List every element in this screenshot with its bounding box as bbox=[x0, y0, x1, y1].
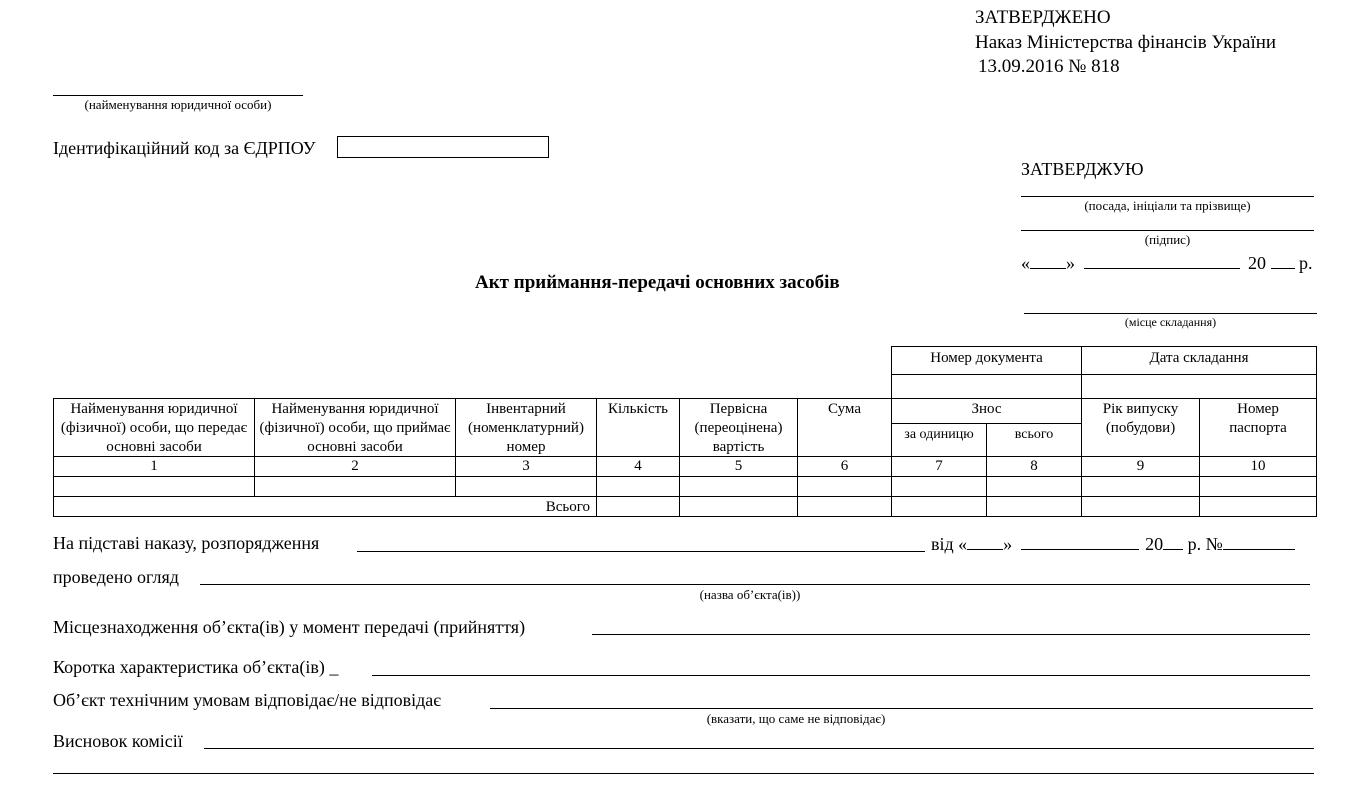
approve-year-field[interactable] bbox=[1271, 252, 1295, 269]
edrpou-label: Ідентифікаційний код за ЄДРПОУ bbox=[53, 138, 316, 159]
basis-from-text: від «» 20 р. № bbox=[931, 533, 1295, 555]
conclusion-field[interactable] bbox=[204, 748, 1314, 749]
basis-close-quote: » bbox=[1003, 534, 1012, 554]
approved-order-text: Наказ Міністерства фінансів України bbox=[975, 32, 1276, 54]
table-cell[interactable] bbox=[455, 476, 597, 497]
total-cell[interactable] bbox=[596, 496, 680, 517]
document-title: Акт приймання-передачі основних засобів bbox=[475, 272, 840, 294]
total-cell[interactable] bbox=[797, 496, 892, 517]
approver-signature-field[interactable] bbox=[1021, 230, 1314, 231]
approver-position-field[interactable] bbox=[1021, 196, 1314, 197]
org-name-caption: (найменування юридичної особи) bbox=[53, 97, 303, 113]
column-number-cell: 7 bbox=[891, 456, 987, 477]
approve-year-prefix: 20 bbox=[1248, 253, 1266, 273]
conclusion-field-line-2[interactable] bbox=[53, 773, 1314, 774]
approve-block-title: ЗАТВЕРДЖУЮ bbox=[1021, 159, 1143, 180]
table-cell[interactable] bbox=[891, 476, 987, 497]
approver-position-caption: (посада, ініціали та прізвище) bbox=[1021, 198, 1314, 214]
table-cell[interactable] bbox=[254, 476, 456, 497]
total-cell[interactable] bbox=[891, 496, 987, 517]
column-number-cell: 6 bbox=[797, 456, 892, 477]
approve-date-line: «» 20 р. bbox=[1021, 252, 1313, 274]
col-header-quantity: Кількість bbox=[596, 398, 680, 457]
table-cell[interactable] bbox=[679, 476, 798, 497]
basis-year-field[interactable] bbox=[1163, 533, 1183, 550]
basis-number-field[interactable] bbox=[1223, 533, 1295, 550]
column-number-cell: 9 bbox=[1081, 456, 1200, 477]
column-number-cell: 2 bbox=[254, 456, 456, 477]
column-number-cell: 10 bbox=[1199, 456, 1317, 477]
inspection-object-field[interactable] bbox=[200, 584, 1310, 585]
inspection-label: проведено огляд bbox=[53, 567, 179, 588]
col-header-transferor: Найменування юридичної (фізичної) особи,… bbox=[53, 398, 255, 457]
table-cell[interactable] bbox=[596, 476, 680, 497]
col-header-initial-value: Первісна (переоцінена) вартість bbox=[679, 398, 798, 457]
edrpou-input[interactable] bbox=[337, 136, 549, 158]
table-cell[interactable] bbox=[1199, 476, 1317, 497]
approve-date-open-quote: « bbox=[1021, 253, 1030, 273]
compliance-field[interactable] bbox=[490, 708, 1313, 709]
doc-number-header: Номер документа bbox=[891, 346, 1082, 375]
column-number-cell: 5 bbox=[679, 456, 798, 477]
total-cell[interactable] bbox=[1199, 496, 1317, 517]
characteristic-field[interactable] bbox=[372, 675, 1310, 676]
basis-year-prefix: 20 bbox=[1145, 534, 1163, 554]
doc-date-header: Дата складання bbox=[1081, 346, 1317, 375]
compliance-label: Об’єкт технічним умовам відповідає/не ві… bbox=[53, 690, 441, 711]
total-label: Всього bbox=[53, 496, 597, 517]
col-header-inventory-number: Інвентарний (номенклатурний) номер bbox=[455, 398, 597, 457]
column-number-cell: 3 bbox=[455, 456, 597, 477]
conclusion-label: Висновок комісії bbox=[53, 731, 183, 752]
total-cell[interactable] bbox=[679, 496, 798, 517]
basis-order-field[interactable] bbox=[357, 551, 925, 552]
total-cell[interactable] bbox=[986, 496, 1082, 517]
approve-year-suffix: р. bbox=[1299, 253, 1313, 273]
location-label: Місцезнаходження об’єкта(ів) у момент пе… bbox=[53, 617, 525, 638]
col-header-wear-total: всього bbox=[986, 423, 1082, 457]
basis-day-field[interactable] bbox=[967, 533, 1003, 550]
col-header-year: Рік випуску (побудови) bbox=[1081, 398, 1200, 457]
table-cell[interactable] bbox=[53, 476, 255, 497]
column-number-cell: 8 bbox=[986, 456, 1082, 477]
basis-from-label: від « bbox=[931, 534, 967, 554]
inspection-caption: (назва об’єкта(ів)) bbox=[600, 587, 900, 603]
doc-number-field[interactable] bbox=[891, 374, 1082, 399]
table-cell[interactable] bbox=[1081, 476, 1200, 497]
column-number-cell: 1 bbox=[53, 456, 255, 477]
characteristic-label: Коротка характеристика об’єкта(ів) _ bbox=[53, 657, 338, 678]
basis-number-label: р. № bbox=[1188, 534, 1223, 554]
approve-day-field[interactable] bbox=[1030, 252, 1066, 269]
table-cell[interactable] bbox=[797, 476, 892, 497]
approver-signature-caption: (підпис) bbox=[1021, 232, 1314, 248]
total-cell[interactable] bbox=[1081, 496, 1200, 517]
doc-date-field[interactable] bbox=[1081, 374, 1317, 399]
col-header-passport: Номер паспорта bbox=[1199, 398, 1317, 457]
location-field[interactable] bbox=[592, 634, 1310, 635]
approved-order-date: 13.09.2016 № 818 bbox=[978, 56, 1120, 78]
place-caption: (місце складання) bbox=[1024, 315, 1317, 330]
place-field[interactable] bbox=[1024, 313, 1317, 314]
basis-label: На підставі наказу, розпорядження bbox=[53, 533, 319, 554]
table-cell[interactable] bbox=[986, 476, 1082, 497]
col-header-sum: Сума bbox=[797, 398, 892, 457]
col-header-wear: Знос bbox=[891, 398, 1082, 424]
column-number-cell: 4 bbox=[596, 456, 680, 477]
basis-month-field[interactable] bbox=[1021, 533, 1139, 550]
col-header-wear-per-unit: за одиницю bbox=[891, 423, 987, 457]
approve-date-close-quote: » bbox=[1066, 253, 1075, 273]
org-name-field[interactable] bbox=[53, 95, 303, 96]
approved-stamp-title: ЗАТВЕРДЖЕНО bbox=[975, 7, 1111, 29]
col-header-receiver: Найменування юридичної (фізичної) особи,… bbox=[254, 398, 456, 457]
approve-month-field[interactable] bbox=[1084, 252, 1240, 269]
compliance-caption: (вказати, що саме не відповідає) bbox=[646, 711, 946, 727]
